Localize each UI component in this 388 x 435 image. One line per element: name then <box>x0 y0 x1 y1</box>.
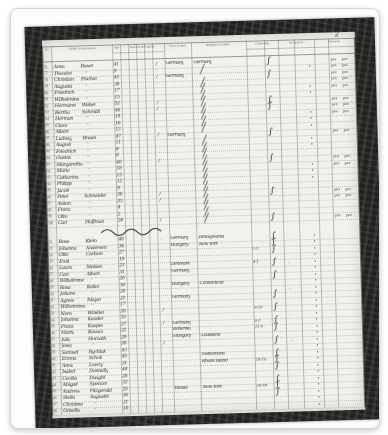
age-value: 9 <box>114 69 117 74</box>
line-number: 100 <box>48 221 53 225</box>
birthplace: Germany <box>173 320 192 326</box>
age-value: 40 <box>116 160 121 165</box>
age-value: 8 <box>116 147 119 152</box>
age-value: 6 <box>116 154 119 159</box>
surname-ditto-mark: – <box>88 173 90 179</box>
age-value: 15 <box>114 95 119 100</box>
line-number: 81 <box>44 97 48 101</box>
yes-yes-entry: yes yes <box>330 57 347 61</box>
yes-yes-entry: yes yes <box>332 102 349 106</box>
line-number: 85 <box>45 123 49 127</box>
yes-yes-entry: yes yes <box>332 128 349 132</box>
tally-mark: / <box>163 340 164 346</box>
surname-ditto-mark: – <box>88 199 90 205</box>
age-value: 41 <box>113 63 118 68</box>
age-value: 27 <box>121 322 126 327</box>
age-value: 35 <box>121 316 126 321</box>
age-value: 44 <box>115 108 120 113</box>
birthplace: Germany <box>171 268 190 274</box>
line-number: 94 <box>47 182 51 186</box>
age-value: 32 <box>122 381 127 386</box>
surname-ditto-mark: – <box>92 341 94 347</box>
surname-ditto-mark: – <box>85 95 87 101</box>
column-header-no: No. <box>43 48 51 51</box>
surname-ditto-mark: – <box>90 276 92 282</box>
age-value: 44 <box>122 368 127 373</box>
page-number: 2 <box>335 30 339 38</box>
dash-mark: – <box>289 311 291 316</box>
given-name: Emil <box>59 258 69 264</box>
given-name: Johann <box>60 291 75 297</box>
line-number: 32 <box>50 305 54 309</box>
line-number: 36 <box>51 331 55 335</box>
given-name: Anton <box>57 200 70 206</box>
line-number: 99 <box>48 214 52 218</box>
surname: Lowry <box>89 361 103 367</box>
page-background: { "document": { "kind": "scanned census … <box>0 0 388 435</box>
birthplace: Germany <box>166 74 185 80</box>
given-name: Clara <box>55 122 67 128</box>
surname: Rychlak <box>88 348 106 354</box>
surname: Klein <box>85 238 96 244</box>
line-number: 82 <box>45 104 49 108</box>
given-name: Ludwig <box>56 135 73 141</box>
line-number: 48 <box>53 409 57 413</box>
line-number: 30 <box>50 292 54 296</box>
surname: Schmidt <box>82 108 100 115</box>
age-value: 25 <box>123 387 128 392</box>
ditto-slash-mark: / <box>205 211 208 226</box>
header-rule <box>112 51 164 53</box>
given-name: Carl <box>59 271 68 277</box>
age-value: 17 <box>120 303 125 308</box>
given-name: Agnes <box>60 297 74 303</box>
surname: Weber <box>82 102 96 108</box>
line-number: 37 <box>51 337 55 341</box>
surname-ditto-mark: – <box>88 179 90 185</box>
line-number: 77 <box>44 71 48 75</box>
line-number: 76 <box>44 65 48 69</box>
column-header-occ: Occupation <box>279 40 313 44</box>
age-value: 24 <box>120 290 125 295</box>
age-value: 30 <box>120 283 125 288</box>
line-number: 34 <box>51 318 55 322</box>
birthplace: Germany <box>172 294 191 300</box>
birthplace: Hungary <box>173 333 191 338</box>
surname: Spencer <box>89 381 107 388</box>
yes-yes-entry: yes yes <box>332 109 349 113</box>
age-value: 19 <box>115 115 120 120</box>
birthplace: Germany <box>165 61 184 67</box>
age-value: 48 <box>118 238 123 243</box>
dash-mark: – <box>288 259 290 264</box>
tally-mark: / <box>155 61 156 67</box>
given-name: Theodor <box>54 70 72 77</box>
line-number: 91 <box>46 162 50 166</box>
birthplace: Hungary <box>172 281 190 286</box>
surname: Keller <box>87 283 100 289</box>
birthplace: Russia <box>175 385 188 390</box>
tally-mark: / <box>159 197 160 203</box>
given-name: Samuel <box>61 349 78 355</box>
line-number: 42 <box>52 370 56 374</box>
line-number: 46 <box>53 396 57 400</box>
surname-ditto-mark: – <box>88 186 90 192</box>
dash-mark: – <box>290 337 292 342</box>
father-birthplace: Switzerland <box>202 351 226 357</box>
age-value: 19 <box>119 257 124 262</box>
line-number: 96 <box>47 195 51 199</box>
surname-ditto-mark: – <box>94 400 96 406</box>
line-number: 27 <box>49 272 53 276</box>
end-of-page-flourish-small <box>170 413 204 422</box>
paired-numbers: 6-3 <box>255 318 261 322</box>
given-name: Carl <box>58 220 67 226</box>
age-value: 15 <box>117 173 122 178</box>
line-number: 93 <box>47 175 51 179</box>
line-number: 89 <box>46 149 50 153</box>
column-header-cit: Citizenship <box>247 41 277 45</box>
given-name: Gustav <box>56 155 71 161</box>
age-value: 27 <box>119 251 124 256</box>
paired-numbers: 4-1 <box>253 260 259 264</box>
tally-mark: / <box>158 158 159 164</box>
check-stroke-mark: ∫ <box>271 212 275 222</box>
paired-numbers: 11-0 <box>255 325 263 329</box>
line-number: 38 <box>51 344 55 348</box>
given-name: Albert <box>55 129 69 135</box>
age-value: 21 <box>123 400 128 405</box>
surname-ditto-mark: – <box>85 82 87 88</box>
age-value: 29 <box>121 335 126 340</box>
yes-yes-entry: yes yes <box>331 63 348 67</box>
surname: Braun <box>82 135 96 141</box>
paired-numbers: 26-58 <box>257 383 267 387</box>
given-name: Johanna <box>59 245 77 251</box>
line-number: 92 <box>46 169 50 173</box>
age-value: 12 <box>117 180 122 185</box>
age-value: 16 <box>115 121 120 126</box>
surname-ditto-mark: – <box>91 302 93 308</box>
surname-ditto-mark: – <box>87 153 89 159</box>
yes-yes-entry: yes yes <box>331 76 348 80</box>
surname: Kovacs <box>88 329 104 335</box>
given-name: Laura <box>59 265 72 271</box>
given-name: Stella <box>63 395 75 401</box>
birthplace: Bohemia <box>173 326 191 331</box>
age-value: 13 <box>115 128 120 133</box>
age-value: 45 <box>114 76 119 81</box>
column-header-pob: Place of birth <box>165 44 190 48</box>
surname-ditto-mark: – <box>90 257 92 263</box>
surname-ditto-mark: – <box>85 88 87 94</box>
surname-ditto-mark: – <box>86 114 88 120</box>
surname: Mayer <box>87 296 101 302</box>
line-number: 29 <box>50 285 54 289</box>
paired-numbers: 2-3 <box>253 247 259 251</box>
line-number: 95 <box>47 188 51 192</box>
birthplace: Hungary <box>171 242 189 247</box>
age-value: 28 <box>122 374 127 379</box>
given-name: Marie <box>56 168 69 174</box>
line-number: 22 <box>48 240 52 244</box>
father-birthplace: Rhode Island <box>202 358 228 364</box>
given-name: Franz <box>57 207 70 213</box>
father-birthplace: New York <box>199 241 218 247</box>
given-name: Emma <box>62 356 77 362</box>
surname-ditto-mark: – <box>91 289 93 295</box>
given-name: Bertha <box>55 109 70 115</box>
yes-yes-entry: yes yes <box>331 70 348 74</box>
age-value: 18 <box>123 407 128 412</box>
given-name: Nora <box>60 310 71 316</box>
given-name: Franz <box>61 323 74 329</box>
yes-yes-entry: yes yes <box>333 154 350 158</box>
surname: Winkler <box>87 309 104 315</box>
line-number: 33 <box>50 311 54 315</box>
line-number: 25 <box>49 259 53 263</box>
line-number: 79 <box>44 84 48 88</box>
given-name: Anna <box>54 64 66 70</box>
given-name: Jacob <box>57 187 69 193</box>
father-birthplace: Connecticut <box>200 280 224 286</box>
tally-mark: - <box>156 67 157 73</box>
age-value: 2 <box>118 212 121 217</box>
age-value: 33 <box>117 199 122 204</box>
tally-mark: / <box>157 106 158 112</box>
age-value: 18 <box>116 167 121 172</box>
given-name: Josef <box>61 343 72 349</box>
age-value: 28 <box>118 219 123 224</box>
father-birthplace: New York <box>203 384 222 390</box>
line-number: 83 <box>45 110 49 114</box>
tally-mark: - <box>160 236 161 242</box>
surname-ditto-mark: – <box>87 160 89 166</box>
age-value: 22 <box>121 329 126 334</box>
dash-mark: – <box>289 285 291 290</box>
surname-ditto-mark: – <box>87 140 89 146</box>
column-header-father: Birthplace of father <box>192 42 244 47</box>
line-number: 88 <box>46 143 50 147</box>
line-number: 80 <box>44 91 48 95</box>
tally-mark: / <box>159 191 160 197</box>
paired-numbers: 9-10 <box>254 305 262 309</box>
surname: Hoffman <box>85 219 104 226</box>
line-number: 43 <box>52 376 56 380</box>
scan-card: 2 No.NAME of each personAgePersonal desc… <box>10 8 380 429</box>
surname-ditto-mark: – <box>86 121 88 127</box>
line-number: 41 <box>52 363 56 367</box>
line-number: 86 <box>45 130 49 134</box>
line-number: 87 <box>46 136 50 140</box>
given-name: Johanna <box>61 317 79 323</box>
paired-numbers: 18-16 <box>256 357 266 361</box>
age-value: 9 <box>117 186 120 191</box>
end-of-page-flourish <box>80 413 170 426</box>
surname: Albert <box>86 270 100 276</box>
yes-yes-entry: yes yes <box>333 161 350 165</box>
line-number: 98 <box>48 208 52 212</box>
birthplace: Germany <box>167 132 186 138</box>
column-header-desc: Personal description <box>121 45 163 49</box>
surname-ditto-mark: – <box>94 406 96 412</box>
age-value: 31 <box>122 361 127 366</box>
given-name: Augusta <box>54 83 72 90</box>
age-value: 34 <box>119 244 124 249</box>
given-name: Philipp <box>57 181 72 187</box>
column-header-age: Age <box>112 46 121 49</box>
tally-mark: / <box>157 100 158 106</box>
age-value: 11 <box>116 141 121 146</box>
line-number: 39 <box>51 350 55 354</box>
age-value: 26 <box>121 342 126 347</box>
column-header-name: NAME of each person <box>54 46 110 51</box>
age-value: 26 <box>119 277 124 282</box>
given-name: Julia <box>61 336 71 342</box>
ledger-paper: 2 No.NAME of each personAgePersonal desc… <box>42 32 365 419</box>
given-name: Andrew <box>63 388 80 394</box>
father-birthplace: Pennsylvania <box>198 234 224 240</box>
surname-ditto-mark: – <box>88 205 90 211</box>
age-value: 36 <box>123 394 128 399</box>
surname-ditto-mark: – <box>86 127 88 133</box>
given-name: Isabel <box>62 369 75 375</box>
tally-mark: / <box>157 132 158 138</box>
yes-yes-entry: yes yes <box>334 193 351 197</box>
given-name: Marta <box>61 330 75 336</box>
tally-mark: / <box>160 217 161 223</box>
age-value: 36 <box>117 193 122 198</box>
age-value: 52 <box>115 102 120 107</box>
given-name: Anna <box>62 362 74 368</box>
age-value: 28 <box>120 309 125 314</box>
line-number: 78 <box>44 78 48 82</box>
given-name: Grisella <box>63 408 80 414</box>
tally-mark: - <box>156 80 157 86</box>
given-name: Rosa <box>58 239 69 245</box>
surname-ditto-mark: – <box>89 212 91 218</box>
surname-ditto-mark: – <box>87 166 89 172</box>
line-number: 90 <box>46 156 50 160</box>
line-number: 26 <box>49 266 53 270</box>
age-value: 17 <box>114 89 119 94</box>
birthplace: Denmark <box>171 261 190 267</box>
age-value: 45 <box>122 355 127 360</box>
surname: Horvath <box>88 335 106 342</box>
birthplace: Germany <box>170 235 189 241</box>
header-rule <box>246 45 354 49</box>
age-value: 31 <box>119 270 124 275</box>
age-value: 47 <box>115 134 120 139</box>
given-name: Abigail <box>62 382 77 388</box>
surname: Carlson <box>86 251 103 257</box>
yes-yes-entry: yes yes <box>332 96 349 100</box>
surname: Bauer <box>80 63 93 69</box>
surname: Nielsen <box>86 264 103 270</box>
surname: Kessler <box>88 316 104 322</box>
age-value: 43 <box>121 348 126 353</box>
line-number: 24 <box>49 253 53 257</box>
line-number: 35 <box>51 324 55 328</box>
age-value: 4 <box>117 206 120 211</box>
age-value: 21 <box>120 296 125 301</box>
line-number: 44 <box>52 383 56 387</box>
surname: Dwight <box>89 374 105 380</box>
line-number: 45 <box>53 389 57 393</box>
surname: Fischer <box>81 76 97 82</box>
dot-mark: · <box>318 400 320 407</box>
age-value: 38 <box>114 82 119 87</box>
given-name: Otto <box>58 213 68 219</box>
line-number: 31 <box>50 298 54 302</box>
line-number: 47 <box>53 402 57 406</box>
age-value: 23 <box>119 264 124 269</box>
given-name: August <box>56 142 72 148</box>
ledger-table: No.NAME of each personAgePersonal descri… <box>42 32 355 41</box>
line-number: 84 <box>45 117 49 121</box>
section-divider-flourish <box>99 226 169 237</box>
line-number: 40 <box>52 357 56 361</box>
line-number: 97 <box>47 201 51 205</box>
scanned-photo-frame: 2 No.NAME of each personAgePersonal desc… <box>24 17 380 429</box>
surname-ditto-mark: – <box>87 147 89 153</box>
tally-mark: / <box>163 320 164 326</box>
surname-ditto-mark: – <box>85 69 87 75</box>
surname: Kasper <box>88 322 104 328</box>
column-header-edu: Education <box>315 39 353 43</box>
father-birthplace: Louisiana <box>201 332 220 338</box>
line-number: 23 <box>49 246 53 250</box>
given-name: Otto <box>59 252 69 258</box>
given-name: Herman <box>55 116 73 123</box>
surname: Scholl <box>89 355 102 361</box>
yes-yes-entry: yes yes <box>335 213 352 217</box>
given-name: Cecilia <box>62 375 77 381</box>
given-name: Rosa <box>60 284 71 290</box>
tally-mark: / <box>156 74 157 80</box>
tally-mark: / <box>162 307 163 313</box>
yes-yes-entry: yes yes <box>331 83 348 87</box>
given-name: Peter <box>57 194 69 200</box>
yes-yes-entry: yes yes <box>334 187 351 191</box>
line-number: 28 <box>50 279 54 283</box>
